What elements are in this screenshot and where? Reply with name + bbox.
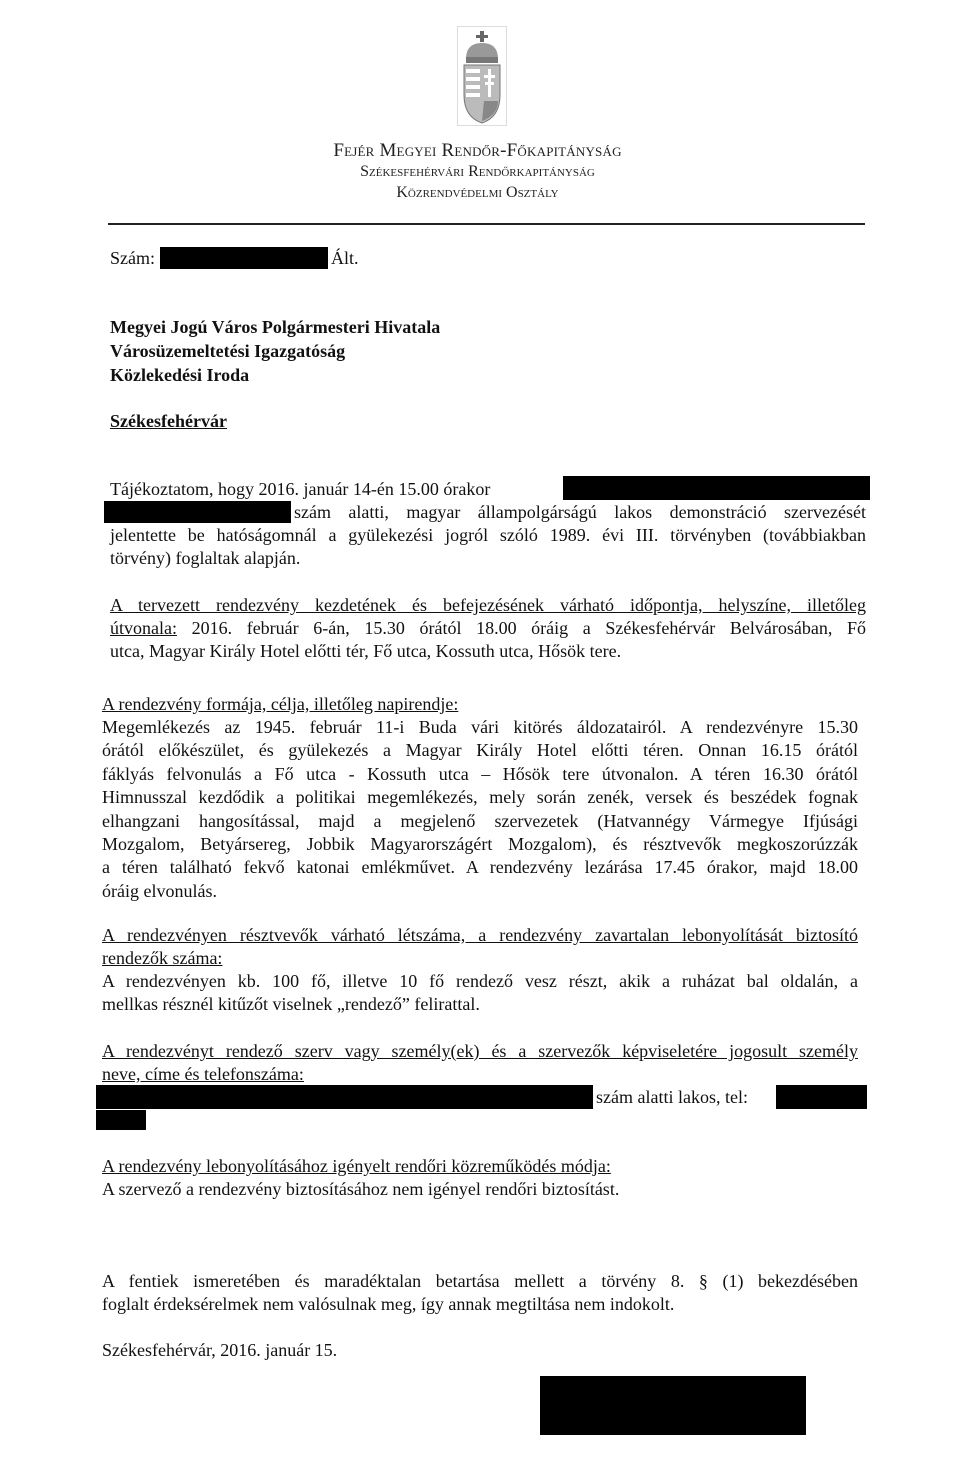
time-place-text: 2016. február 6-án, 15.30 órától 18.00 ó… (177, 618, 866, 638)
form-line: órától előkészület, és gyülekezés a Magy… (102, 739, 858, 762)
form-line: Himnusszal kezdődik a politikai megemlék… (102, 786, 858, 809)
conclusion-line-1: A fentiek ismeretében és maradéktalan be… (102, 1270, 858, 1293)
header-line-2: Székesfehérvári Rendőrkapitányság (0, 163, 955, 181)
form-line: óráig elvonulás. (102, 880, 217, 903)
organizer-heading-end: neve, címe és telefonszáma: (102, 1063, 304, 1086)
redacted-organizer-details (96, 1085, 593, 1109)
form-line: fáklyás felvonulás a Fő utca - Kossuth u… (102, 763, 858, 786)
redacted-organizer-address (104, 501, 291, 523)
reference-label: Szám: (110, 247, 155, 270)
participants-line-1: A rendezvényen kb. 100 fő, illetve 10 fő… (102, 970, 858, 993)
participants-heading-end: rendezők száma: (102, 947, 222, 970)
redacted-phone-number-cont (96, 1110, 146, 1130)
intro-line-3: jelentette be hatóságomnál a gyülekezési… (110, 524, 866, 547)
intro-line-1: Tájékoztatom, hogy 2016. január 14-én 15… (110, 478, 490, 501)
redacted-reference-number (160, 247, 328, 269)
intro-line-2: szám alatti, magyar állampolgárságú lako… (294, 501, 866, 524)
form-line: Mozgalom, Betyársereg, Jobbik Magyarorsz… (102, 833, 858, 856)
form-heading: A rendezvény formája, célja, illetőleg n… (102, 693, 458, 716)
time-place-line-3: utca, Magyar Király Hotel előtti tér, Fő… (110, 640, 621, 663)
participants-heading: A rendezvényen résztvevők várható létszá… (102, 924, 858, 947)
organizer-heading: A rendezvényt rendező szerv vagy személy… (102, 1040, 858, 1063)
police-heading: A rendezvény lebonyolításához igényelt r… (102, 1155, 611, 1178)
reference-suffix: Ált. (331, 247, 359, 270)
participants-line-2: mellkas résznél kitűzőt viselnek „rendez… (102, 993, 480, 1016)
form-line: a téren található fekvő katonai emlékműv… (102, 856, 858, 879)
recipient-city: Székesfehérvár (110, 410, 227, 433)
redacted-phone-number (776, 1085, 867, 1109)
form-line: Megemlékezés az 1945. február 11-i Buda … (102, 716, 858, 739)
conclusion-line-2: foglalt érdeksérelmek nem valósulnak meg… (102, 1293, 674, 1316)
time-place-heading-end: útvonala: (110, 618, 177, 638)
time-place-heading: A tervezett rendezvény kezdetének és bef… (110, 594, 866, 617)
redacted-signature (540, 1376, 806, 1435)
police-text: A szervező a rendezvény biztosításához n… (102, 1178, 619, 1201)
time-place-line-2: útvonala: 2016. február 6-án, 15.30 órát… (110, 617, 866, 640)
intro-line-4: törvény) foglaltak alapján. (110, 547, 300, 570)
header-divider (108, 223, 865, 225)
recipient-line-1: Megyei Jogú Város Polgármesteri Hivatala (110, 316, 440, 339)
header-line-1: Fejér Megyei Rendőr-Főkapitányság (0, 140, 955, 162)
coat-of-arms-icon (457, 26, 507, 126)
header-line-3: Közrendvédelmi Osztály (0, 184, 955, 202)
recipient-line-3: Közlekedési Iroda (110, 364, 249, 387)
recipient-line-2: Városüzemeltetési Igazgatóság (110, 340, 345, 363)
form-line: elhangzani hangosítással, majd a megjele… (102, 810, 858, 833)
date-line: Székesfehérvár, 2016. január 15. (102, 1339, 337, 1362)
redacted-organizer-name (563, 476, 870, 500)
organizer-line-text: szám alatti lakos, tel: (596, 1086, 748, 1109)
